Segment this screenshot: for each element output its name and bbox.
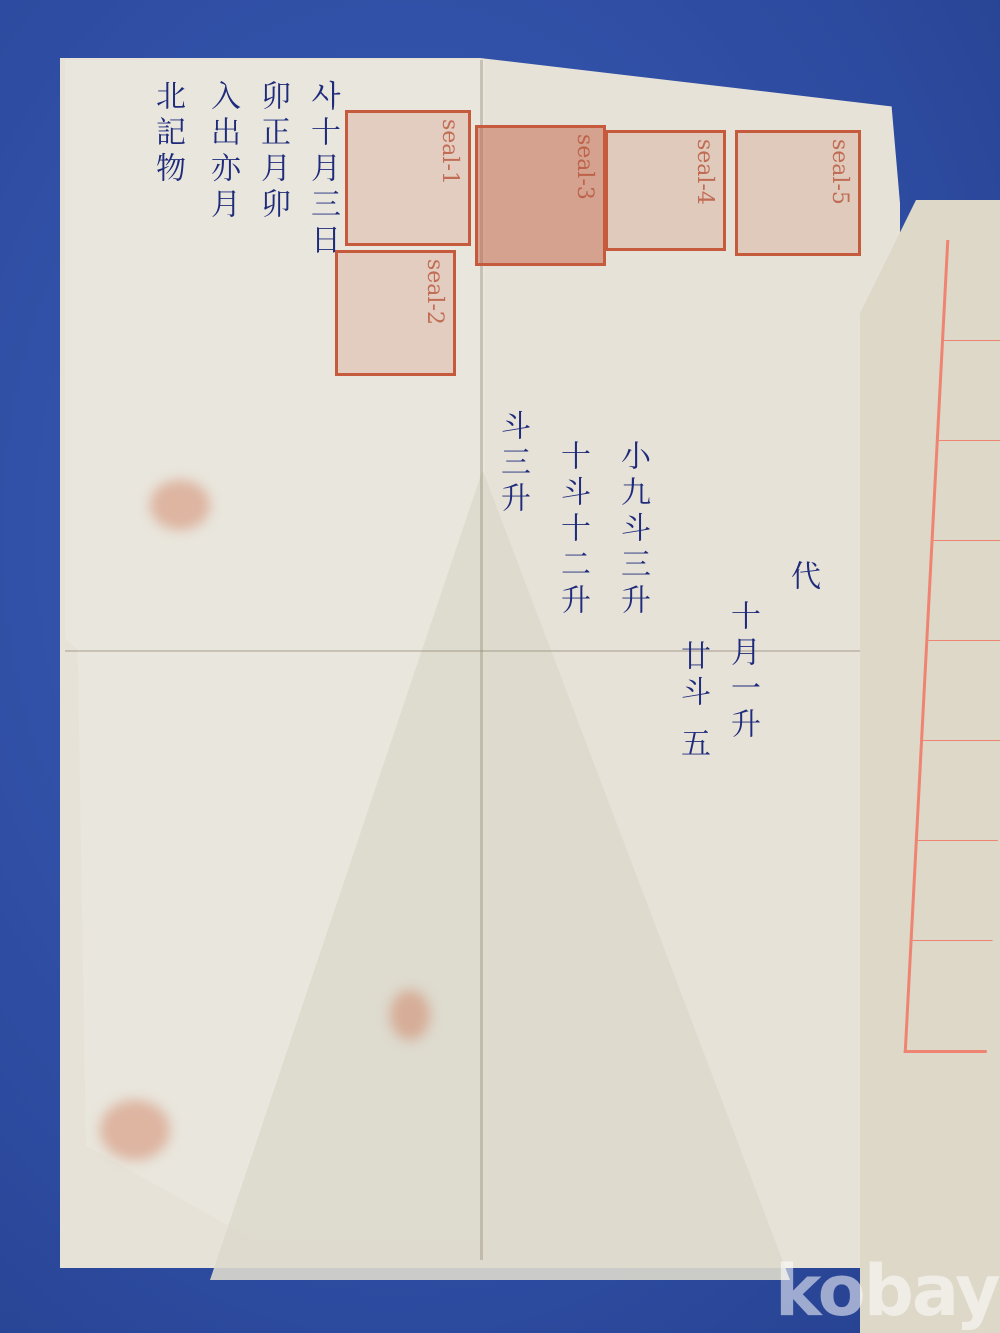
text-column: 斗三升 [490, 410, 534, 518]
text-column: 入出亦月 [200, 80, 244, 224]
seal-stamp: seal-3 [475, 125, 606, 266]
watermark: kobay [775, 1250, 999, 1332]
text-column: 廿斗 五 [670, 640, 714, 764]
text-column: 代 [780, 560, 824, 596]
text-column: 十斗十二升 [550, 440, 594, 620]
text-column: 十月一升 [720, 600, 764, 744]
seal-stamp: seal-1 [345, 110, 471, 246]
text-column: 사十月三日 [300, 80, 344, 260]
seal-stamp: seal-4 [605, 130, 726, 251]
text-column: 小九斗三升 [610, 440, 654, 620]
red-stain [390, 990, 430, 1040]
text-column: 北記物 [145, 80, 189, 188]
red-stain [100, 1100, 170, 1160]
red-stain [150, 480, 210, 530]
seal-stamp: seal-2 [335, 250, 456, 376]
seal-stamp: seal-5 [735, 130, 861, 256]
text-column: 卯正月卯 [250, 80, 294, 224]
